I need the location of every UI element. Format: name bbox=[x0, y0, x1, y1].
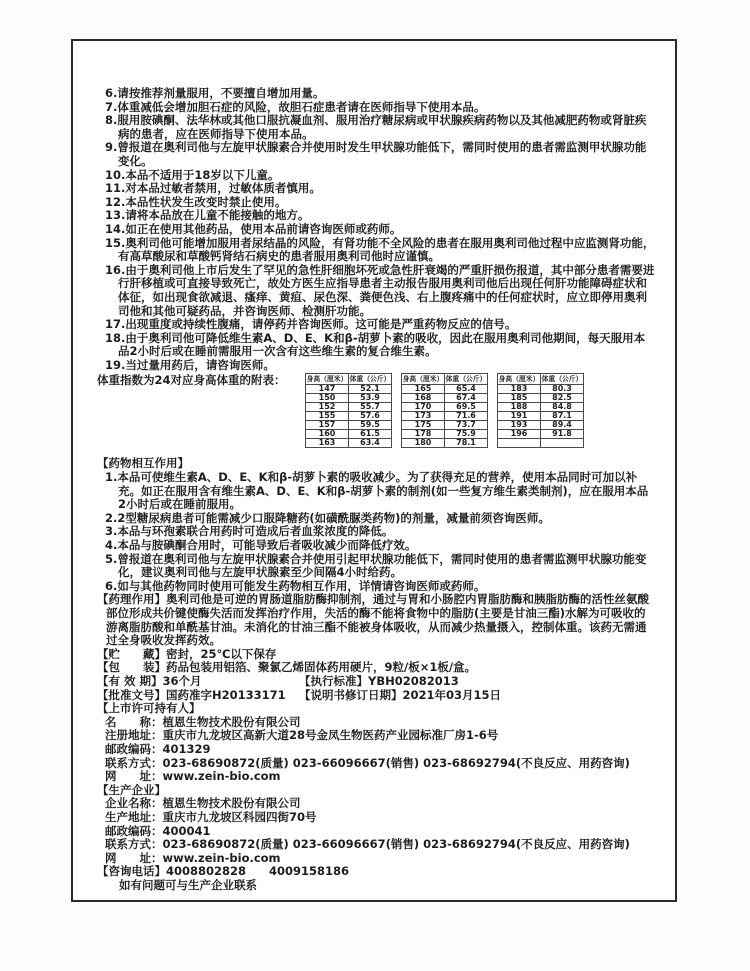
approval-revision-line: 【批准文号】国药准字H20133171【说明书修订日期】2021年03月15日 bbox=[97, 689, 655, 703]
list-item: 15.奥利司他可能增加服用者尿结晶的风险，有肾功能不全风险的患者在服用奥利司他过… bbox=[105, 237, 655, 264]
list-item: 18.由于奥利司他可降低维生素A、D、E、K和β-胡萝卜素的吸收，因此在服用奥利… bbox=[105, 332, 655, 359]
storage-field: 【贮 藏】密封，25℃以下保存 bbox=[97, 648, 655, 662]
table-header-row: 身高（厘米）体重（公斤） bbox=[498, 374, 584, 385]
info-field: 网 址：www.zein-bio.com bbox=[105, 852, 655, 866]
field-label: 企业名称： bbox=[105, 796, 163, 810]
table-row: 19691.8 bbox=[498, 430, 584, 439]
field-label: 注册地址： bbox=[105, 728, 163, 742]
revision-value: 2021年03月15日 bbox=[403, 688, 502, 702]
bmi-table-section: 体重指数为24对应身高体重的附表： 身高（厘米）体重（公斤）14752.1150… bbox=[97, 373, 655, 448]
validity-label: 【有 效 期】 bbox=[97, 674, 163, 688]
field-value: 植恩生物技术股份有限公司 bbox=[163, 715, 301, 729]
info-field: 网 址：www.zein-bio.com bbox=[105, 770, 655, 784]
info-field: 联系方式：023-68690872(质量) 023-66096667(销售) 0… bbox=[105, 838, 655, 852]
packaging-value: 药品包装用铝箔、聚氯乙烯固体药用硬片，9粒/板×1板/盒。 bbox=[166, 660, 476, 674]
field-value: 023-68690872(质量) 023-66096667(销售) 023-68… bbox=[163, 837, 630, 851]
list-item: 19.当过量用药后，请咨询医师。 bbox=[105, 359, 655, 373]
table-cell bbox=[541, 439, 584, 448]
precautions-list: 6.请按推荐剂量服用，不要擅自增加用量。7.体重减低会增加胆石症的风险，故胆石症… bbox=[105, 87, 655, 372]
field-value: 400041 bbox=[163, 824, 211, 838]
field-label: 名 称： bbox=[105, 715, 163, 729]
table-header-row: 身高（厘米）体重（公斤） bbox=[402, 374, 488, 385]
table-row: 16363.4 bbox=[306, 439, 392, 448]
info-field: 名 称：植恩生物技术股份有限公司 bbox=[105, 716, 655, 730]
list-item: 6.请按推荐剂量服用，不要擅自增加用量。 bbox=[105, 87, 655, 101]
leaflet-screenshot: { "colors": { "page_bg": "#ffffff", "tex… bbox=[0, 0, 750, 971]
table-cell: 63.4 bbox=[349, 439, 392, 448]
bmi-table-3: 身高（厘米）体重（公斤）18380.318582.518884.819187.1… bbox=[497, 373, 584, 448]
list-item: 16.由于奥利司他上市后发生了罕见的急性肝细胞坏死或急性肝衰竭的严重肝损伤报道，… bbox=[105, 264, 655, 318]
info-field: 邮政编码：400041 bbox=[105, 825, 655, 839]
info-field: 注册地址：重庆市九龙坡区高新大道28号金凤生物医药产业园标准厂房1-6号 bbox=[105, 729, 655, 743]
table-header-cell: 身高（厘米） bbox=[498, 374, 541, 385]
approval-label: 【批准文号】 bbox=[97, 688, 166, 702]
table-cell: 180 bbox=[402, 439, 445, 448]
list-item: 6.如与其他药物同时使用可能发生药物相互作用，详情请咨询医师或药师。 bbox=[105, 580, 655, 594]
storage-label: 【贮 藏】 bbox=[97, 647, 166, 661]
table-header-cell: 身高（厘米） bbox=[306, 374, 349, 385]
packaging-label: 【包 装】 bbox=[97, 660, 166, 674]
table-header-cell: 体重（公斤） bbox=[349, 374, 392, 385]
packaging-field: 【包 装】药品包装用铝箔、聚氯乙烯固体药用硬片，9粒/板×1板/盒。 bbox=[97, 661, 655, 675]
field-value: 023-68690872(质量) 023-66096667(销售) 023-68… bbox=[163, 756, 630, 770]
validity-field: 【有 效 期】36个月 bbox=[97, 674, 202, 688]
section-title-manufacturer: 【生产企业】 bbox=[97, 784, 655, 798]
revision-label: 【说明书修订日期】 bbox=[299, 688, 403, 702]
table-cell: 78.1 bbox=[445, 439, 488, 448]
footer-note: 如有问题可与生产企业联系 bbox=[119, 879, 655, 893]
table-cell bbox=[498, 439, 541, 448]
table-header-row: 身高（厘米）体重（公斤） bbox=[306, 374, 392, 385]
list-item: 3.本品与环孢素联合用药时可造成后者血浆浓度的降低。 bbox=[105, 525, 655, 539]
approval-field: 【批准文号】国药准字H20133171 bbox=[97, 688, 286, 702]
table-header-cell: 体重（公斤） bbox=[541, 374, 584, 385]
leaflet-content: 6.请按推荐剂量服用，不要擅自增加用量。7.体重减低会增加胆石症的风险，故胆石症… bbox=[97, 87, 655, 892]
bmi-table-1: 身高（厘米）体重（公斤）14752.115053.915255.715557.6… bbox=[305, 373, 392, 448]
info-field: 企业名称：植恩生物技术股份有限公司 bbox=[105, 797, 655, 811]
validity-value: 36个月 bbox=[163, 674, 202, 688]
section-title-license-holder: 【上市许可持有人】 bbox=[97, 702, 655, 716]
list-item: 8.服用胺碘酮、法华林或其他口服抗凝血剂、服用治疗糖尿病或甲状腺疾病药物以及其他… bbox=[105, 114, 655, 141]
standard-label: 【执行标准】 bbox=[299, 674, 368, 688]
field-value: www.zein-bio.com bbox=[163, 769, 281, 783]
info-field: 邮政编码：401329 bbox=[105, 743, 655, 757]
list-item: 11.对本品过敏者禁用，过敏体质者慎用。 bbox=[105, 182, 655, 196]
list-item: 12.本品性状发生改变时禁止使用。 bbox=[105, 196, 655, 210]
field-label: 网 址： bbox=[105, 769, 163, 783]
list-item: 17.出现重度或持续性腹痛，请停药并咨询医师。这可能是严重药物反应的信号。 bbox=[105, 318, 655, 332]
storage-value: 密封，25℃以下保存 bbox=[166, 647, 276, 661]
pharmacology-paragraph: 【药理作用】奥利司他是可逆的胃肠道脂肪酶抑制剂，通过与胃和小肠腔内胃脂肪酶和胰脂… bbox=[97, 593, 655, 647]
bmi-table-2: 身高（厘米）体重（公斤）16565.416867.417069.517371.6… bbox=[401, 373, 488, 448]
field-label: 生产地址： bbox=[105, 810, 163, 824]
bmi-table-note: 体重指数为24对应身高体重的附表： bbox=[97, 373, 305, 388]
validity-standard-line: 【有 效 期】36个月【执行标准】YBH02082013 bbox=[97, 675, 655, 689]
table-row bbox=[498, 439, 584, 448]
manufacturer-fields: 企业名称：植恩生物技术股份有限公司生产地址：重庆市九龙坡区科园四街70号邮政编码… bbox=[97, 797, 655, 865]
section-title-drug-interactions: 【药物相互作用】 bbox=[97, 457, 655, 471]
field-value: www.zein-bio.com bbox=[163, 851, 281, 865]
field-label: 联系方式： bbox=[105, 756, 163, 770]
approval-value: 国药准字H20133171 bbox=[166, 688, 286, 702]
pharmacology-label: 【药理作用】 bbox=[97, 592, 166, 606]
list-item: 9.曾报道在奥利司他与左旋甲状腺素合并使用时发生甲状腺功能低下，需同时使用的患者… bbox=[105, 141, 655, 168]
table-row: 18078.1 bbox=[402, 439, 488, 448]
standard-value: YBH02082013 bbox=[368, 674, 459, 688]
info-field: 生产地址：重庆市九龙坡区科园四街70号 bbox=[105, 811, 655, 825]
list-item: 10.本品不适用于18岁以下儿童。 bbox=[105, 169, 655, 183]
list-item: 1.本品可使维生素A、D、E、K和β-胡萝卜素的吸收减少。为了获得充足的营养，使… bbox=[105, 471, 655, 512]
leaflet-sheet: 6.请按推荐剂量服用，不要擅自增加用量。7.体重减低会增加胆石症的风险，故胆石症… bbox=[71, 39, 677, 902]
list-item: 2.2型糖尿病患者可能需减少口服降糖药(如磺酰脲类药物)的剂量，减量前须咨询医师… bbox=[105, 512, 655, 526]
revision-field: 【说明书修订日期】2021年03月15日 bbox=[299, 689, 501, 703]
list-item: 13.请将本品放在儿童不能接触的地方。 bbox=[105, 209, 655, 223]
drug-interactions-list: 1.本品可使维生素A、D、E、K和β-胡萝卜素的吸收减少。为了获得充足的营养，使… bbox=[105, 471, 655, 593]
list-item: 5.曾报道在奥利司他与左旋甲状腺素合并使用引起甲状腺功能低下，需同时使用的患者需… bbox=[105, 553, 655, 580]
license-holder-fields: 名 称：植恩生物技术股份有限公司注册地址：重庆市九龙坡区高新大道28号金凤生物医… bbox=[97, 716, 655, 784]
table-header-cell: 身高（厘米） bbox=[402, 374, 445, 385]
standard-field: 【执行标准】YBH02082013 bbox=[299, 675, 459, 689]
hotline-field: 【咨询电话】4008802828 4009158186 bbox=[97, 865, 655, 879]
field-value: 重庆市九龙坡区高新大道28号金凤生物医药产业园标准厂房1-6号 bbox=[163, 728, 499, 742]
field-value: 植恩生物技术股份有限公司 bbox=[163, 796, 301, 810]
field-label: 网 址： bbox=[105, 851, 163, 865]
list-item: 14.如正在使用其他药品，使用本品前请咨询医师或药师。 bbox=[105, 223, 655, 237]
field-label: 邮政编码： bbox=[105, 824, 163, 838]
info-field: 联系方式：023-68690872(质量) 023-66096667(销售) 0… bbox=[105, 757, 655, 771]
list-item: 4.本品与胺碘酮合用时，可能导致后者吸收减少而降低疗效。 bbox=[105, 539, 655, 553]
list-item: 7.体重减低会增加胆石症的风险，故胆石症患者请在医师指导下使用本品。 bbox=[105, 101, 655, 115]
table-header-cell: 体重（公斤） bbox=[445, 374, 488, 385]
field-label: 联系方式： bbox=[105, 837, 163, 851]
hotline-label: 【咨询电话】 bbox=[97, 864, 166, 878]
table-cell: 163 bbox=[306, 439, 349, 448]
field-value: 401329 bbox=[163, 742, 211, 756]
field-value: 重庆市九龙坡区科园四街70号 bbox=[163, 810, 317, 824]
pharmacology-text: 奥利司他是可逆的胃肠道脂肪酶抑制剂，通过与胃和小肠腔内胃脂肪酶和胰脂肪酶的活性丝… bbox=[106, 592, 649, 647]
field-label: 邮政编码： bbox=[105, 742, 163, 756]
hotline-value: 4008802828 4009158186 bbox=[166, 864, 349, 878]
